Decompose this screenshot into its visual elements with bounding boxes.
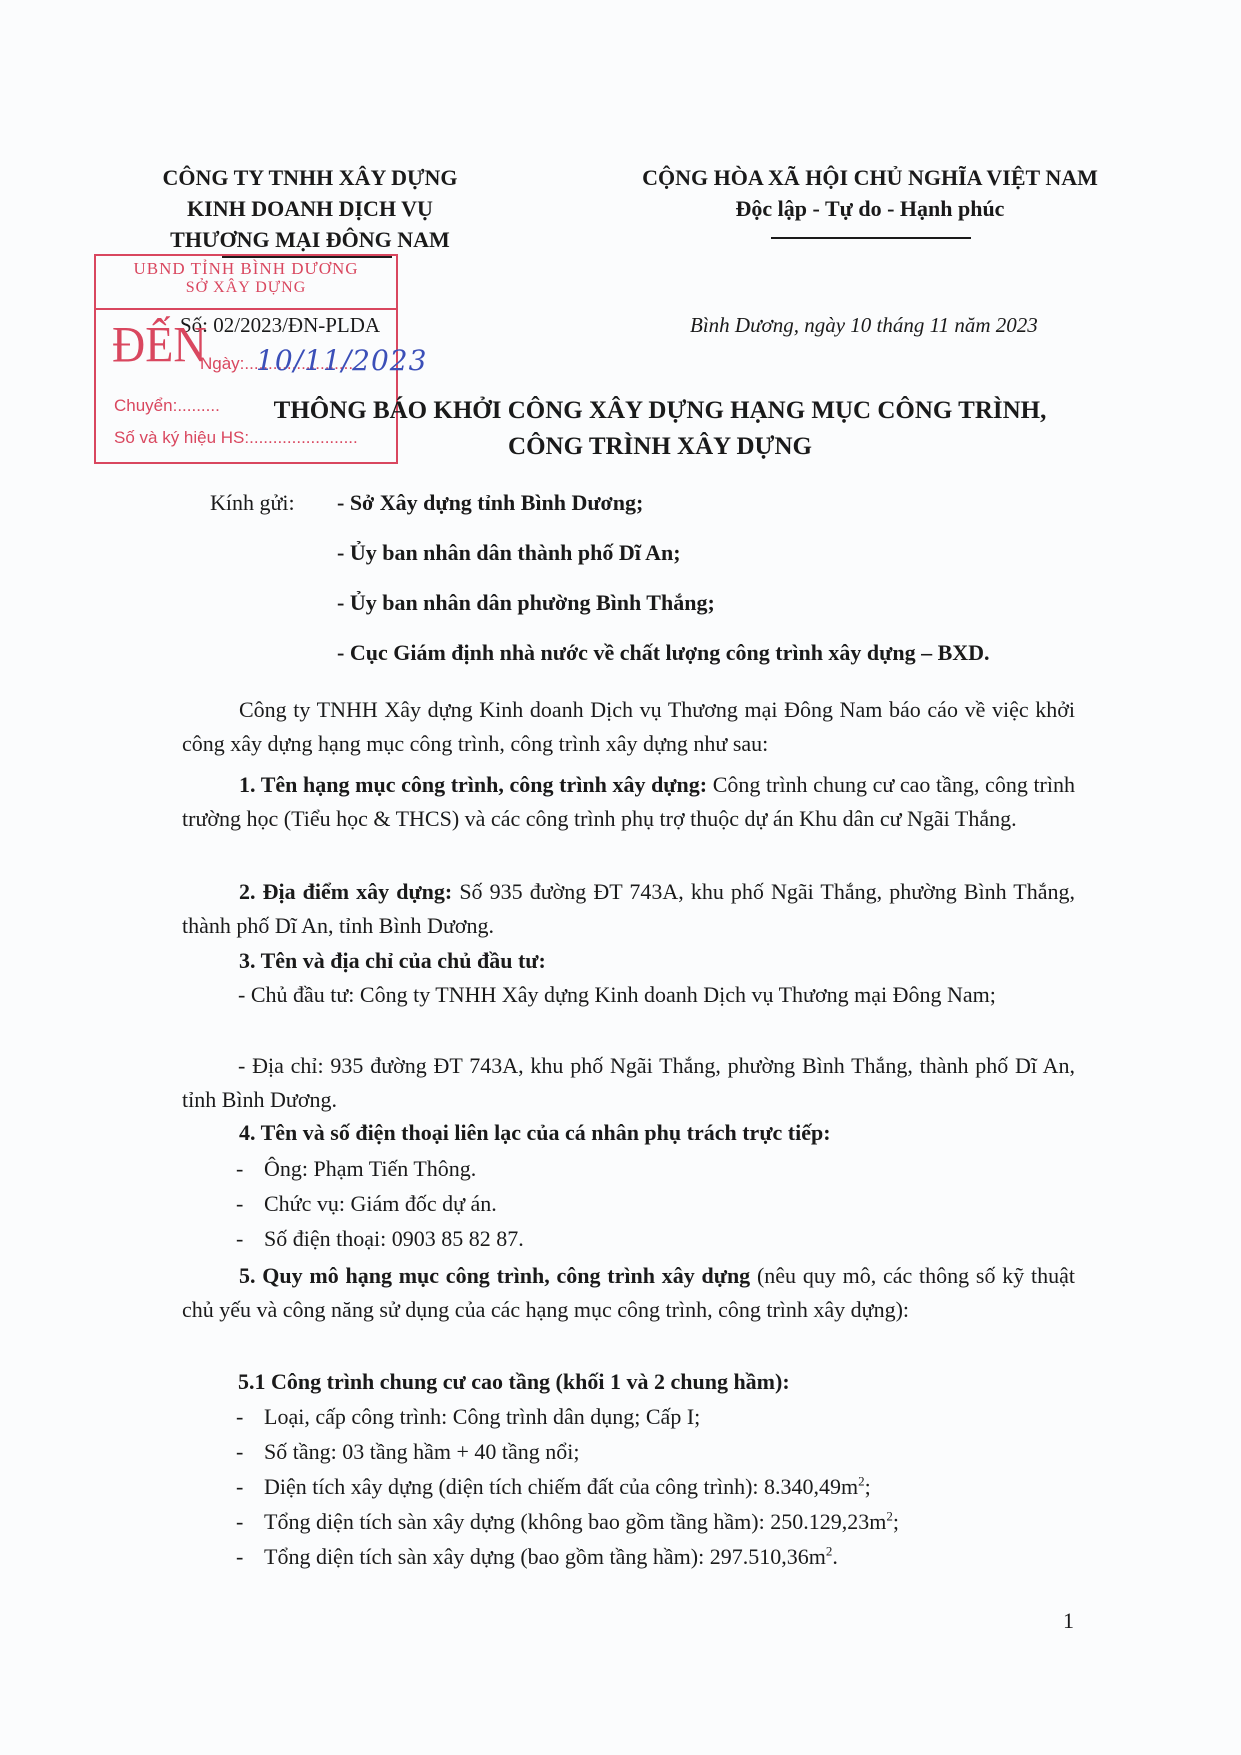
- scale-item-text: Loại, cấp công trình: Công trình dân dụn…: [264, 1404, 700, 1429]
- scale-item-text: Số tầng: 03 tầng hầm + 40 tầng nổi;: [264, 1439, 580, 1464]
- scale-item-text: Tổng diện tích sàn xây dựng (không bao g…: [264, 1509, 886, 1534]
- contact-item: -Số điện thoại: 0903 85 82 87.: [236, 1222, 524, 1256]
- stamp-authority: UBND TỈNH BÌNH DƯƠNG: [96, 259, 396, 279]
- section-4-heading: 4. Tên và số điện thoại liên lạc của cá …: [182, 1116, 1075, 1150]
- document-title: THÔNG BÁO KHỞI CÔNG XÂY DỰNG HẠNG MỤC CÔ…: [180, 393, 1140, 465]
- stamp-department: SỞ XÂY DỰNG: [96, 279, 396, 297]
- section-2: 2. Địa điểm xây dựng: Số 935 đường ĐT 74…: [182, 875, 1075, 943]
- title-line-1: THÔNG BÁO KHỞI CÔNG XÂY DỰNG HẠNG MỤC CÔ…: [180, 393, 1140, 429]
- punct: ;: [865, 1474, 871, 1499]
- company-line-1: CÔNG TY TNHH XÂY DỰNG: [110, 162, 510, 193]
- section-3-address: - Địa chỉ: 935 đường ĐT 743A, khu phố Ng…: [182, 1049, 1075, 1117]
- scale-item: -Số tầng: 03 tầng hầm + 40 tầng nổi;: [236, 1435, 580, 1469]
- stamp-header: UBND TỈNH BÌNH DƯƠNG SỞ XÂY DỰNG: [96, 256, 396, 310]
- section-3-heading-text: 3. Tên và địa chỉ của chủ đầu tư:: [239, 948, 546, 973]
- recipient-item: - Ủy ban nhân dân phường Bình Thắng;: [337, 590, 715, 616]
- company-line-3: THƯƠNG MẠI ĐÔNG NAM: [110, 224, 510, 255]
- contact-item: -Ông: Phạm Tiến Thông.: [236, 1152, 476, 1186]
- contact-position: Chức vụ: Giám đốc dự án.: [264, 1191, 497, 1216]
- recipients-label: Kính gửi:: [210, 490, 295, 516]
- stamp-received-mark: ĐẾN: [112, 315, 207, 373]
- section-5-heading: 5. Quy mô hạng mục công trình, công trìn…: [239, 1263, 750, 1288]
- section-4-heading-text: 4. Tên và số điện thoại liên lạc của cá …: [239, 1120, 831, 1145]
- scale-item-text: Tổng diện tích sàn xây dựng (bao gồm tần…: [264, 1544, 826, 1569]
- scale-item: -Loại, cấp công trình: Công trình dân dụ…: [236, 1400, 700, 1434]
- company-header: CÔNG TY TNHH XÂY DỰNG KINH DOANH DỊCH VỤ…: [110, 162, 510, 255]
- section-5: 5. Quy mô hạng mục công trình, công trìn…: [182, 1259, 1075, 1327]
- place-date: Bình Dương, ngày 10 tháng 11 năm 2023: [690, 313, 1038, 338]
- recipient-item: - Cục Giám định nhà nước về chất lượng c…: [337, 640, 990, 666]
- company-line-2: KINH DOANH DỊCH VỤ: [110, 193, 510, 224]
- section-1: 1. Tên hạng mục công trình, công trình x…: [182, 768, 1075, 836]
- scale-item: -Diện tích xây dựng (diện tích chiếm đất…: [236, 1470, 871, 1504]
- section-1-heading: 1. Tên hạng mục công trình, công trình x…: [239, 772, 707, 797]
- recipient-item: - Sở Xây dựng tỉnh Bình Dương;: [337, 490, 643, 516]
- punct: ;: [893, 1509, 899, 1534]
- contact-name: Ông: Phạm Tiến Thông.: [264, 1156, 476, 1181]
- scale-item: -Tổng diện tích sàn xây dựng (không bao …: [236, 1505, 899, 1539]
- section-3-heading: 3. Tên và địa chỉ của chủ đầu tư:: [182, 944, 1075, 978]
- section-3-investor: - Chủ đầu tư: Công ty TNHH Xây dựng Kinh…: [182, 978, 1075, 1012]
- motto-underline: [771, 237, 971, 239]
- contact-phone: Số điện thoại: 0903 85 82 87.: [264, 1226, 524, 1251]
- section-5-1-heading: 5.1 Công trình chung cư cao tầng (khối 1…: [238, 1365, 790, 1399]
- national-header: CỘNG HÒA XÃ HỘI CHỦ NGHĨA VIỆT NAM Độc l…: [590, 162, 1150, 224]
- section-2-heading: 2. Địa điểm xây dựng:: [239, 879, 452, 904]
- national-motto: Độc lập - Tự do - Hạnh phúc: [590, 193, 1150, 224]
- title-line-2: CÔNG TRÌNH XÂY DỰNG: [180, 429, 1140, 465]
- recipient-item: - Ủy ban nhân dân thành phố Dĩ An;: [337, 540, 681, 566]
- stamp-handwritten-date: 10/11/2023: [256, 344, 427, 377]
- republic-name: CỘNG HÒA XÃ HỘI CHỦ NGHĨA VIỆT NAM: [590, 162, 1150, 193]
- scale-item: -Tổng diện tích sàn xây dựng (bao gồm tầ…: [236, 1540, 838, 1574]
- page-number: 1: [1063, 1608, 1074, 1634]
- intro-paragraph: Công ty TNHH Xây dựng Kinh doanh Dịch vụ…: [182, 693, 1075, 761]
- contact-item: -Chức vụ: Giám đốc dự án.: [236, 1187, 497, 1221]
- punct: .: [832, 1544, 838, 1569]
- scale-item-text: Diện tích xây dựng (diện tích chiếm đất …: [264, 1474, 858, 1499]
